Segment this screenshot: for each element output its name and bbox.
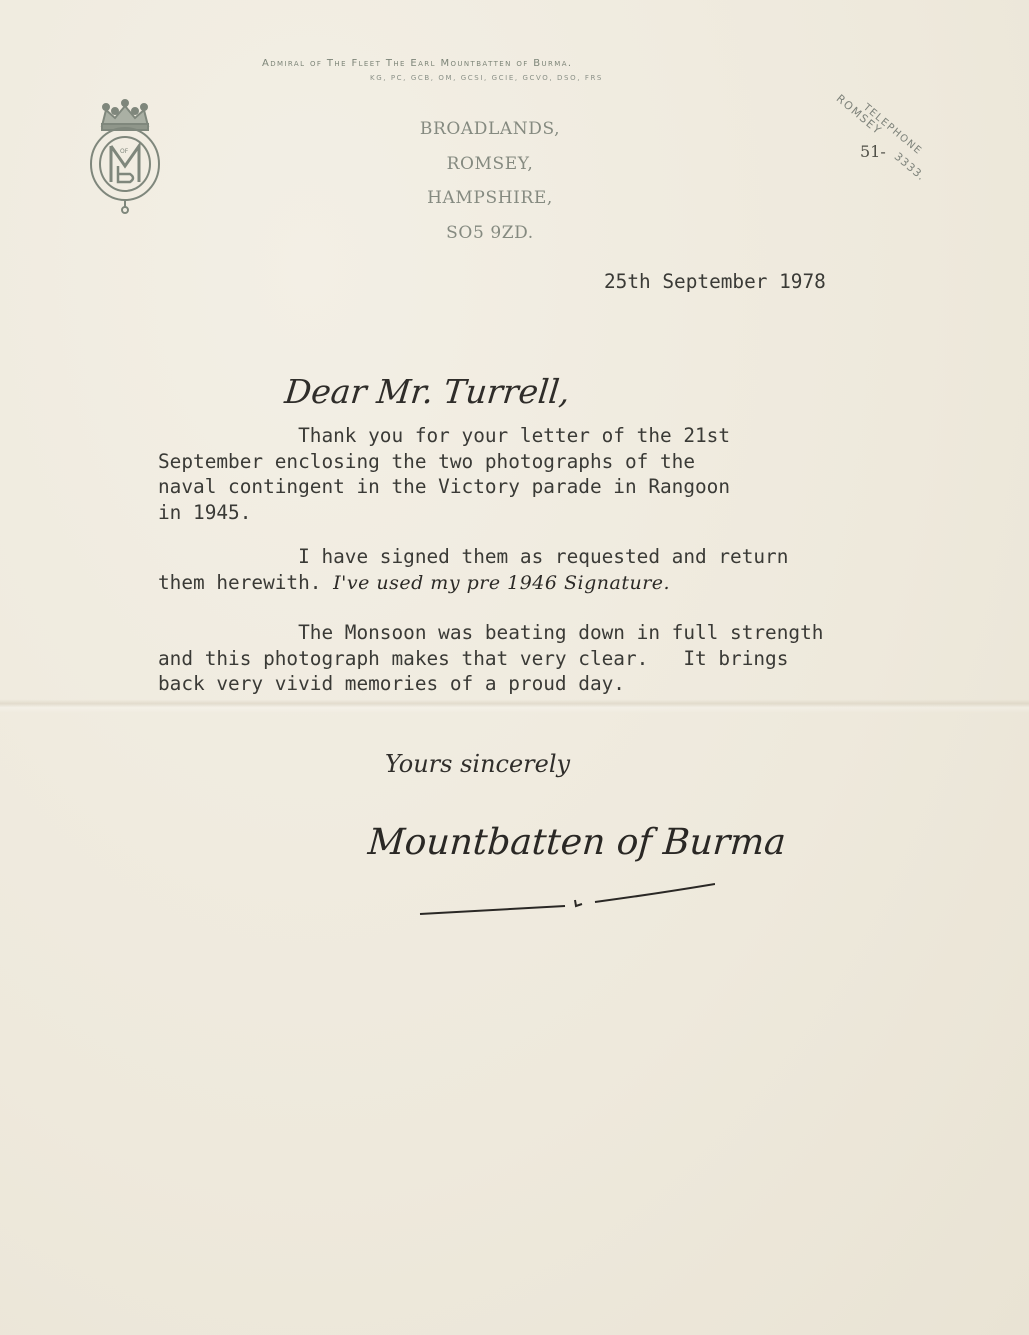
signature-underline: [415, 870, 715, 920]
signature: Mountbatten of Burma: [367, 822, 788, 863]
salutation: Dear Mr. Turrell,: [283, 372, 572, 411]
closing: Yours sincerely: [385, 750, 570, 778]
handwritten-note: I've used my pre 1946 Signature.: [333, 572, 670, 594]
letter-date: 25th September 1978: [604, 270, 826, 293]
address-line: BROADLANDS,: [390, 112, 590, 147]
paragraph-3: The Monsoon was beating down in full str…: [158, 620, 1018, 697]
address-line: HAMPSHIRE,: [390, 181, 590, 216]
telephone-stamp: TELEPHONE ROMSEY 51- 3333.: [830, 82, 970, 192]
telephone-prefix: 51-: [860, 142, 886, 161]
svg-text:OF: OF: [120, 148, 129, 155]
letterhead-title: Admiral of The Fleet The Earl Mountbatte…: [262, 58, 762, 69]
address-block: BROADLANDS, ROMSEY, HAMPSHIRE, SO5 9ZD.: [390, 112, 590, 250]
paragraph-1: Thank you for your letter of the 21st Se…: [158, 423, 1018, 525]
telephone-number: 3333.: [892, 150, 928, 183]
letterhead-honours: KG, PC, GCB, OM, GCSI, GCIE, GCVO, DSO, …: [370, 74, 603, 82]
address-line: SO5 9ZD.: [390, 216, 590, 251]
address-line: ROMSEY,: [390, 147, 590, 182]
paragraph-2: I have signed them as requested and retu…: [158, 544, 1018, 596]
coronet-crest-icon: OF: [82, 96, 168, 214]
